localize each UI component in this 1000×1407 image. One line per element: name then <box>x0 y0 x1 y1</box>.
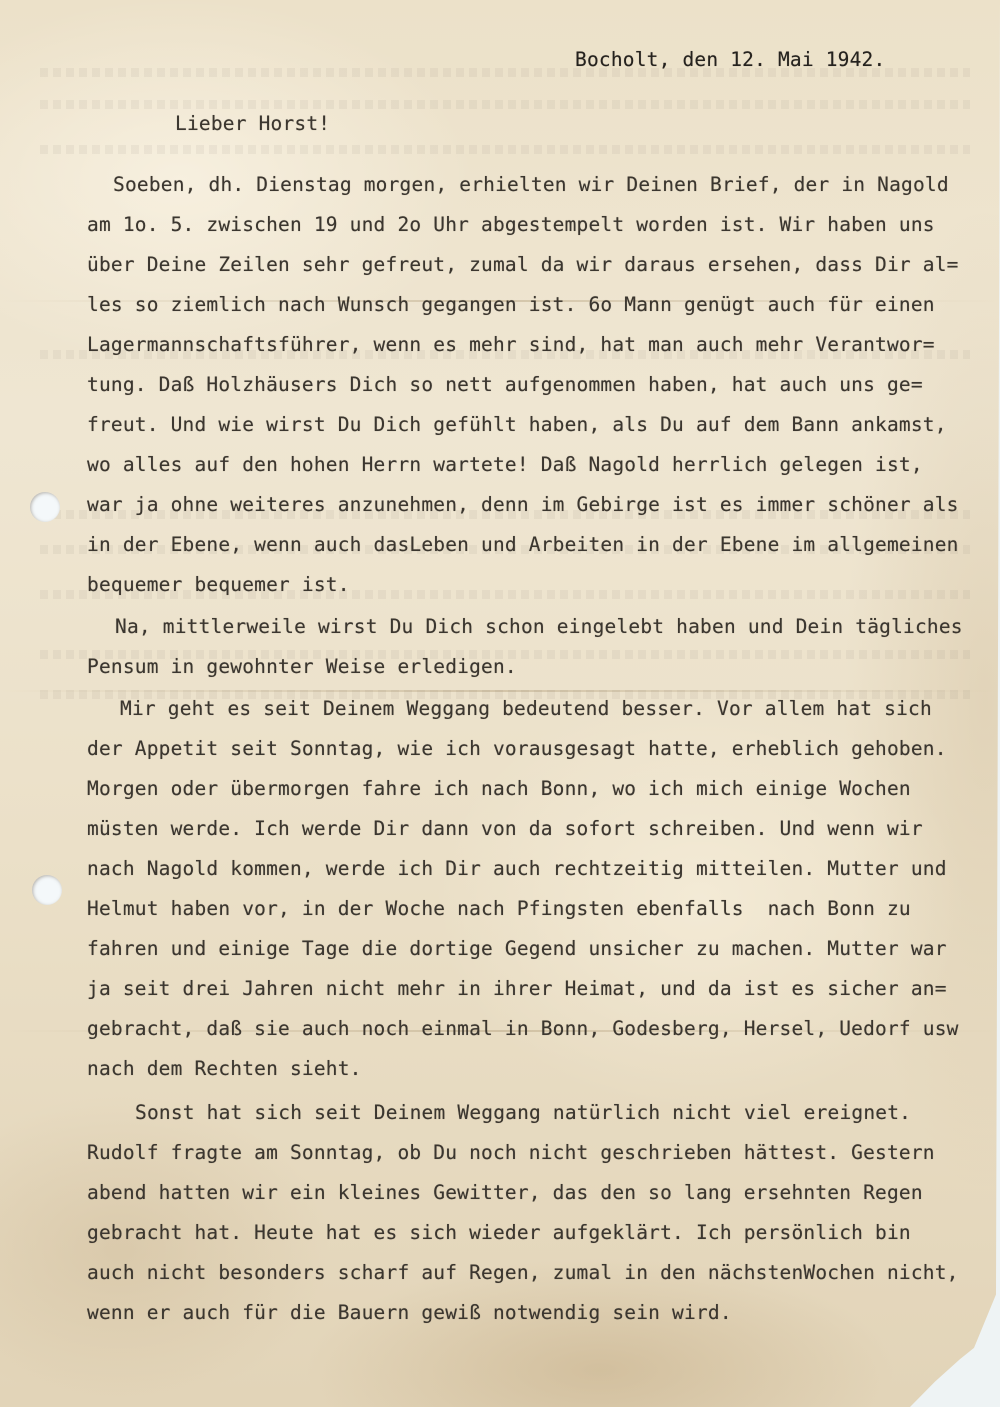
letter-line: über Deine Zeilen sehr gefreut, zumal da… <box>87 253 959 276</box>
letter-line: les so ziemlich nach Wunsch gegangen ist… <box>87 293 935 316</box>
letter-line: tung. Daß Holzhäusers Dich so nett aufge… <box>87 373 923 396</box>
letter-line: nach dem Rechten sieht. <box>87 1057 362 1080</box>
letter-line: freut. Und wie wirst Du Dich gefühlt hab… <box>87 413 947 436</box>
letter-line: Sonst hat sich seit Deinem Weggang natür… <box>135 1101 911 1124</box>
letter-line: am 1o. 5. zwischen 19 und 2o Uhr abgeste… <box>87 213 935 236</box>
letter-line: wo alles auf den hohen Herrn wartete! Da… <box>87 453 923 476</box>
letter-body: Bocholt, den 12. Mai 1942. Lieber Horst!… <box>0 0 1000 1407</box>
letter-line: ja seit drei Jahren nicht mehr in ihrer … <box>87 977 947 1000</box>
letter-line: in der Ebene, wenn auch dasLeben und Arb… <box>87 533 959 556</box>
letter-line: Soeben, dh. Dienstag morgen, erhielten w… <box>113 173 949 196</box>
letter-line: müsten werde. Ich werde Dir dann von da … <box>87 817 923 840</box>
letter-line: abend hatten wir ein kleines Gewitter, d… <box>87 1181 923 1204</box>
letter-line: Na, mittlerweile wirst Du Dich schon ein… <box>115 615 963 638</box>
letter-line: Lagermannschaftsführer, wenn es mehr sin… <box>87 333 935 356</box>
letter-line: nach Nagold kommen, werde ich Dir auch r… <box>87 857 947 880</box>
letter-dateline: Bocholt, den 12. Mai 1942. <box>575 48 885 71</box>
letter-paper: Bocholt, den 12. Mai 1942. Lieber Horst!… <box>0 0 1000 1407</box>
letter-line: war ja ohne weiteres anzunehmen, denn im… <box>87 493 959 516</box>
letter-line: Rudolf fragte am Sonntag, ob Du noch nic… <box>87 1141 935 1164</box>
letter-line: der Appetit seit Sonntag, wie ich voraus… <box>87 737 947 760</box>
letter-salutation: Lieber Horst! <box>175 112 330 135</box>
letter-line: gebracht, daß sie auch noch einmal in Bo… <box>87 1017 959 1040</box>
letter-line: gebracht hat. Heute hat es sich wieder a… <box>87 1221 911 1244</box>
letter-line: Morgen oder übermorgen fahre ich nach Bo… <box>87 777 911 800</box>
letter-line: Helmut haben vor, in der Woche nach Pfin… <box>87 897 911 920</box>
letter-line: wenn er auch für die Bauern gewiß notwen… <box>87 1301 732 1324</box>
letter-line: bequemer bequemer ist. <box>87 573 350 596</box>
letter-line: Mir geht es seit Deinem Weggang bedeuten… <box>120 697 932 720</box>
letter-line: Pensum in gewohnter Weise erledigen. <box>87 655 517 678</box>
letter-line: fahren und einige Tage die dortige Gegen… <box>87 937 947 960</box>
letter-line: auch nicht besonders scharf auf Regen, z… <box>87 1261 959 1284</box>
